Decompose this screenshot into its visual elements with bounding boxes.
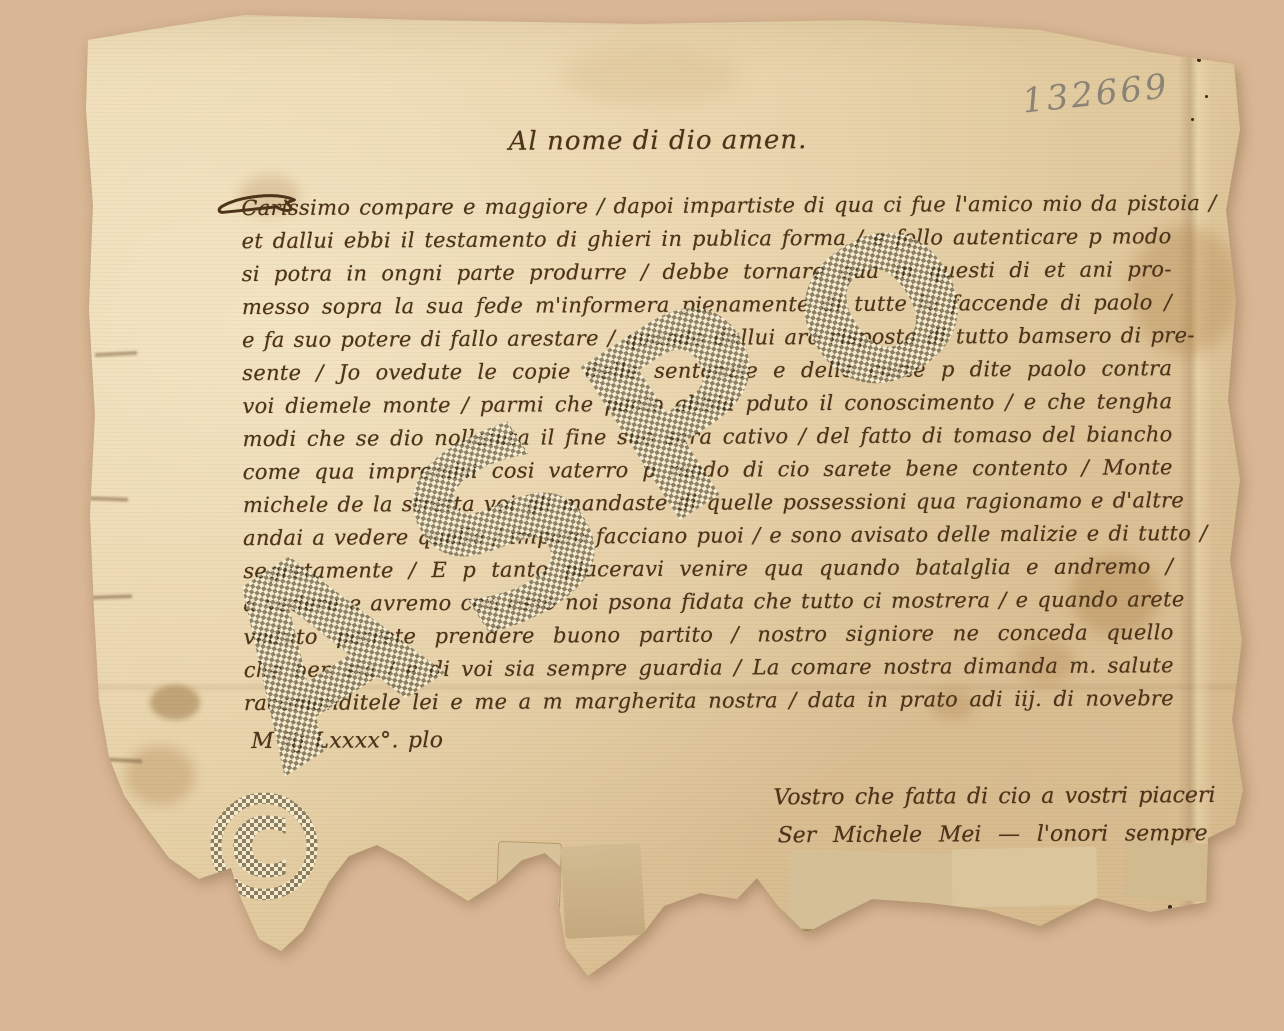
manuscript-line: Carissimo compare e maggiore / dapoi imp… (241, 191, 1171, 226)
signature-line: Vostro che fatta di cio a vostri piaceri (773, 783, 1215, 817)
parchment-letter-sheet: 132669 Al nome di dio amen. Carissimo co… (0, 0, 1284, 1031)
manuscript-scan: 132669 Al nome di dio amen. Carissimo co… (0, 0, 1284, 1031)
signature-line: Ser Michele Mei — l'onori sempre (778, 821, 1208, 855)
invocation-line: Al nome di dio amen. (498, 125, 818, 157)
paper-sheet-wrapper: 132669 Al nome di dio amen. Carissimo co… (0, 0, 1284, 1031)
